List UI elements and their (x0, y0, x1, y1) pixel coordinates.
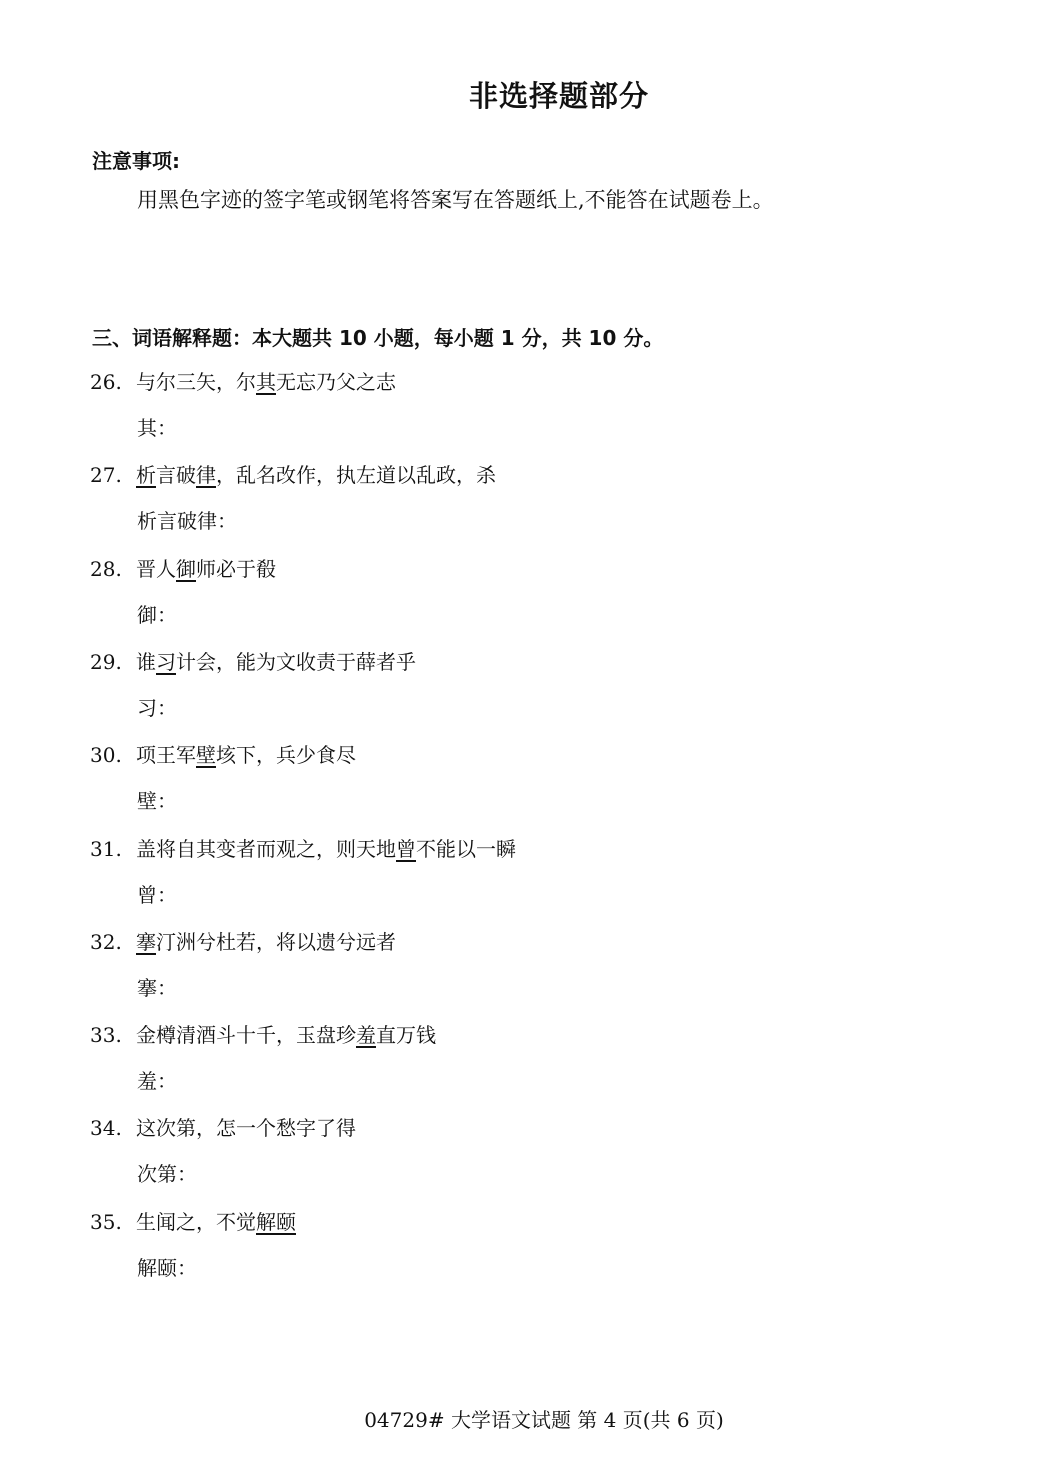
page-title: 非选择题部分 (0, 74, 1058, 115)
question-number: 28. (90, 555, 136, 583)
section-heading: 三、词语解释题：本大题共 10 小题，每小题 1 分，共 10 分。 (92, 322, 663, 351)
question-text: 谁 (136, 650, 156, 674)
question-item: 26.与尔三矢，尔其无忘乃父之志 (90, 368, 396, 396)
question-text: 盖将自其变者而观之，则天地 (136, 837, 396, 861)
question-text: 不能以一瞬 (416, 837, 516, 861)
question-item: 28.晋人御师必于殽 (90, 555, 276, 583)
notice-label: 注意事项: (92, 145, 180, 174)
notice-text: 用黑色字迹的签字笔或钢笔将答案写在答题纸上,不能答在试题卷上。 (137, 184, 774, 214)
answer-label: 次第： (137, 1160, 197, 1188)
underlined-term: 羞 (356, 1023, 376, 1047)
answer-label: 其： (137, 414, 177, 442)
question-text: 言破 (156, 463, 196, 487)
answer-label: 曾： (137, 881, 177, 909)
question-text: 计会，能为文收责于薛者乎 (176, 650, 416, 674)
question-text: 直万钱 (376, 1023, 436, 1047)
underlined-term: 御 (176, 557, 196, 581)
question-item: 35.生闻之，不觉解颐 (90, 1208, 296, 1236)
question-text: 这次第，怎一个愁字了得 (136, 1116, 356, 1140)
question-item: 34.这次第，怎一个愁字了得 (90, 1114, 356, 1142)
question-text: ，乱名改作，执左道以乱政，杀 (216, 463, 496, 487)
question-text: 金樽清酒斗十千，玉盘珍 (136, 1023, 356, 1047)
question-text: 晋人 (136, 557, 176, 581)
question-number: 27. (90, 461, 136, 489)
question-number: 29. (90, 648, 136, 676)
question-number: 30. (90, 741, 136, 769)
question-item: 30.项王军壁垓下，兵少食尽 (90, 741, 356, 769)
question-number: 35. (90, 1208, 136, 1236)
underlined-term: 解颐 (256, 1210, 296, 1234)
underlined-term: 搴 (136, 930, 156, 954)
underlined-term: 析 (136, 463, 156, 487)
answer-label: 习： (137, 694, 177, 722)
question-number: 33. (90, 1021, 136, 1049)
answer-label: 解颐： (137, 1254, 197, 1282)
question-text: 生闻之，不觉 (136, 1210, 256, 1234)
answer-label: 搴： (137, 974, 177, 1002)
page-footer: 04729# 大学语文试题 第 4 页(共 6 页) (0, 1404, 1058, 1433)
answer-label: 御： (137, 601, 177, 629)
question-item: 31.盖将自其变者而观之，则天地曾不能以一瞬 (90, 835, 516, 863)
underlined-term: 律 (196, 463, 216, 487)
question-item: 27.析言破律，乱名改作，执左道以乱政，杀 (90, 461, 496, 489)
question-text: 垓下，兵少食尽 (216, 743, 356, 767)
question-number: 32. (90, 928, 136, 956)
underlined-term: 其 (256, 370, 276, 394)
question-text: 项王军 (136, 743, 196, 767)
question-item: 29.谁习计会，能为文收责于薛者乎 (90, 648, 416, 676)
question-item: 33.金樽清酒斗十千，玉盘珍羞直万钱 (90, 1021, 436, 1049)
question-text: 无忘乃父之志 (276, 370, 396, 394)
answer-label: 羞： (137, 1067, 177, 1095)
question-item: 32.搴汀洲兮杜若，将以遗兮远者 (90, 928, 396, 956)
question-number: 34. (90, 1114, 136, 1142)
underlined-term: 曾 (396, 837, 416, 861)
question-number: 26. (90, 368, 136, 396)
answer-label: 壁： (137, 787, 177, 815)
answer-label: 析言破律： (137, 507, 237, 535)
question-text: 汀洲兮杜若，将以遗兮远者 (156, 930, 396, 954)
question-text: 师必于殽 (196, 557, 276, 581)
question-text: 与尔三矢，尔 (136, 370, 256, 394)
underlined-term: 习 (156, 650, 176, 674)
underlined-term: 壁 (196, 743, 216, 767)
question-number: 31. (90, 835, 136, 863)
